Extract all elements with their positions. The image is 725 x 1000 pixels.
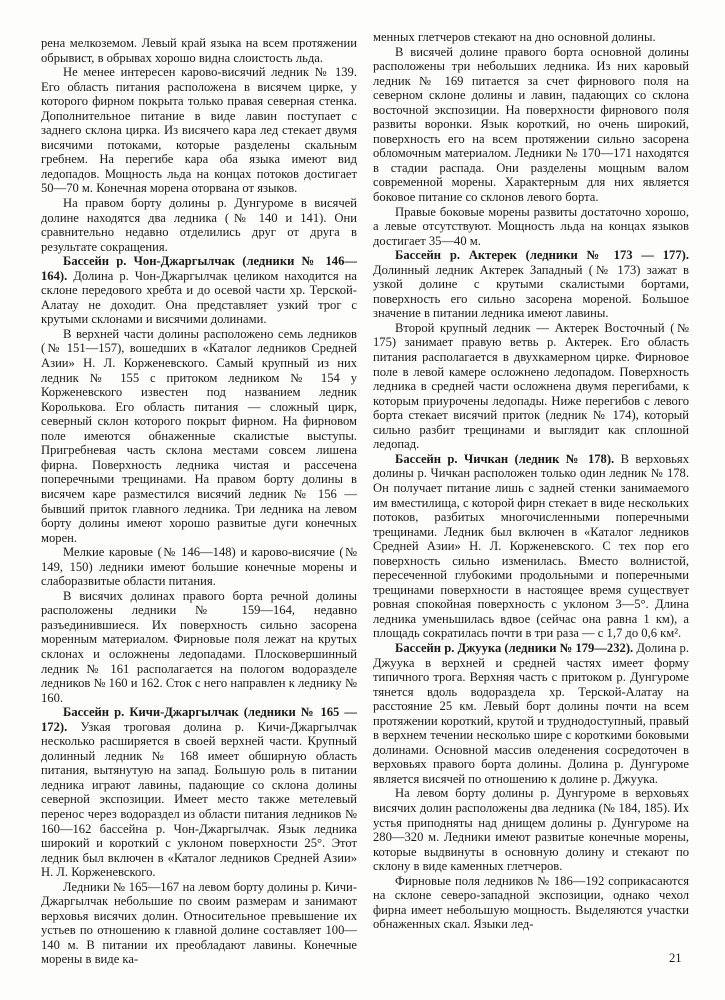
paragraph: Не менее интересен карово-висячий ледник… bbox=[41, 65, 357, 196]
page-number: 21 bbox=[669, 951, 682, 966]
paragraph: В верхней части долины расположено семь … bbox=[41, 327, 357, 545]
paragraph-text: менных глетчеров стекают на дно основной… bbox=[373, 30, 656, 44]
paragraph-text: Долина р. Джуука в верхней и средней час… bbox=[373, 641, 689, 786]
paragraph-text: В висячей долине правого борта основной … bbox=[373, 45, 689, 204]
paragraph: рена мелкоземом. Левый край языка на все… bbox=[41, 36, 357, 65]
paragraph: Второй крупный ледник — Актерек Восточны… bbox=[373, 321, 689, 452]
paragraph: Мелкие каровые (№ 146—148) и карово-вися… bbox=[41, 545, 357, 589]
document-page: рена мелкоземом. Левый край языка на все… bbox=[0, 0, 725, 1000]
paragraph-text: Ледники № 165—167 на левом борту долины … bbox=[41, 880, 357, 967]
paragraph-text: Правые боковые морены развиты достаточно… bbox=[373, 205, 689, 248]
paragraph-text: В висячих долинах правого борта речной д… bbox=[41, 589, 357, 705]
section-heading: Бассейн р. Чичкан (ледник № 178). bbox=[395, 452, 614, 466]
paragraph-text: Мелкие каровые (№ 146—148) и карово-вися… bbox=[41, 545, 357, 588]
paragraph-text: В верховьях долины р. Чичкан расположен … bbox=[373, 452, 689, 641]
paragraph: менных глетчеров стекают на дно основной… bbox=[373, 30, 689, 45]
paragraph-text: Второй крупный ледник — Актерек Восточны… bbox=[373, 321, 689, 451]
paragraph: В висячих долинах правого борта речной д… bbox=[41, 589, 357, 705]
left-column: рена мелкоземом. Левый край языка на все… bbox=[41, 36, 357, 967]
paragraph-text: Долинный ледник Актерек Западный (№ 173)… bbox=[373, 263, 689, 321]
section-paragraph: Бассейн р. Джуука (ледники № 179—232). Д… bbox=[373, 641, 689, 786]
paragraph: На правом борту долины р. Дунгуроме в ви… bbox=[41, 196, 357, 254]
paragraph: Фирновые поля ледников № 186—192 соприка… bbox=[373, 874, 689, 932]
paragraph-text: рена мелкоземом. Левый край языка на все… bbox=[41, 36, 357, 65]
paragraph-text: Узкая троговая долина р. Кичи-Джаргылчак… bbox=[41, 720, 357, 879]
paragraph: Ледники № 165—167 на левом борту долины … bbox=[41, 880, 357, 967]
section-paragraph: Бассейн р. Чичкан (ледник № 178). В верх… bbox=[373, 452, 689, 641]
paragraph: В висячей долине правого борта основной … bbox=[373, 45, 689, 205]
paragraph-text: Не менее интересен карово-висячий ледник… bbox=[41, 65, 357, 195]
section-paragraph: Бассейн р. Кичи-Джаргылчак (ледники № 16… bbox=[41, 705, 357, 880]
paragraph-text: На правом борту долины р. Дунгуроме в ви… bbox=[41, 196, 357, 254]
paragraph-text: Долина р. Чон-Джаргылчак целиком находит… bbox=[41, 269, 357, 327]
section-heading: Бассейн р. Актерек (ледники № 173 — 177)… bbox=[395, 248, 689, 262]
paragraph-text: На левом борту долины р. Дунгуроме в вер… bbox=[373, 786, 689, 873]
section-paragraph: Бассейн р. Чон-Джаргылчак (ледники № 146… bbox=[41, 254, 357, 327]
section-heading: Бассейн р. Джуука (ледники № 179—232). bbox=[395, 641, 633, 655]
paragraph-text: В верхней части долины расположено семь … bbox=[41, 327, 357, 545]
paragraph-text: Фирновые поля ледников № 186—192 соприка… bbox=[373, 874, 689, 932]
paragraph: На левом борту долины р. Дунгуроме в вер… bbox=[373, 786, 689, 873]
paragraph: Правые боковые морены развиты достаточно… bbox=[373, 205, 689, 249]
right-column: менных глетчеров стекают на дно основной… bbox=[373, 30, 689, 932]
section-paragraph: Бассейн р. Актерек (ледники № 173 — 177)… bbox=[373, 248, 689, 321]
